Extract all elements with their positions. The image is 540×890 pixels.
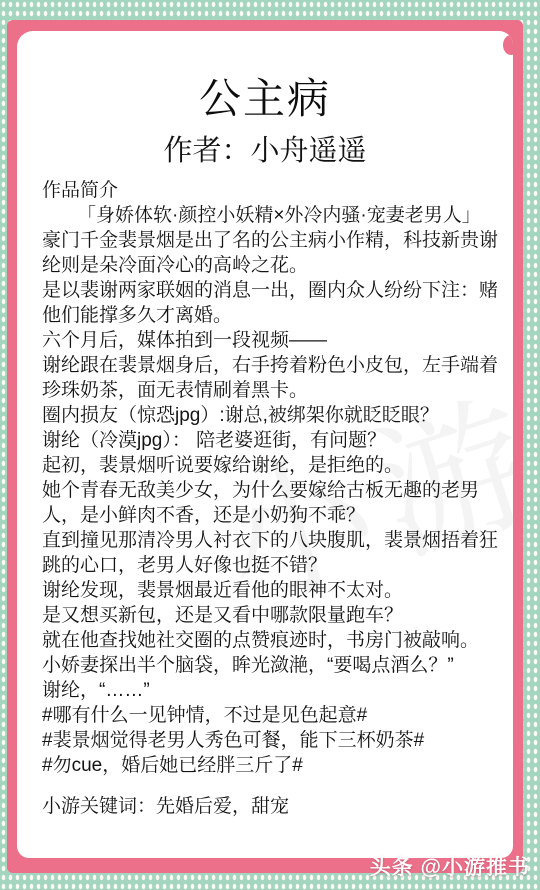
synopsis-paragraph: 谢纶，“……”: [42, 678, 505, 703]
synopsis-heading: 作品简介: [42, 178, 505, 203]
synopsis-paragraph: 谢纶跟在裴景烟身后，右手挎着粉色小皮包，左手端着珍珠奶茶，面无表情刷着黑卡。: [42, 353, 505, 403]
synopsis-paragraph: 就在他查找她社交圈的点赞痕迹时，书房门被敲响。: [42, 628, 505, 653]
synopsis-block: 作品简介 「身娇体软·颜控小妖精×外冷内骚·宠妻老男人」豪门千金裴景烟是出了名的…: [42, 178, 505, 778]
synopsis-paragraph: 她个青春无敌美少女，为什么要嫁给古板无趣的老男人，是小鲜肉不香，还是小奶狗不乖？: [42, 478, 505, 528]
card-corner-notch: [503, 35, 513, 55]
synopsis-paragraph: #哪有什么一见钟情，不过是见色起意#: [42, 703, 505, 728]
synopsis-paragraph: 圈内损友（惊恐jpg）:谢总,被绑架你就眨眨眼？: [42, 403, 505, 428]
book-recommendation-image: { "card": { "title": "公主病", "author_line…: [0, 0, 540, 890]
toutiao-watermark: 头条 @小游推书: [370, 851, 530, 881]
synopsis-paragraph: 是以裴谢两家联姻的消息一出，圈内众人纷纷下注：赌他们能撑多久才离婚。: [42, 278, 505, 328]
synopsis-paragraph: 直到撞见那清冷男人衬衣下的八块腹肌，裴景烟捂着狂跳的心口，老男人好像也挺不错？: [42, 528, 505, 578]
synopsis-paragraph: 豪门千金裴景烟是出了名的公主病小作精，科技新贵谢纶则是朵冷面冷心的高岭之花。: [42, 228, 505, 278]
content-card: 小游推书 公主病 作者：小舟遥遥 作品简介 「身娇体软·颜控小妖精×外冷内骚·宠…: [17, 31, 513, 858]
synopsis-paragraph: 是又想买新包，还是又看中哪款限量跑车？: [42, 603, 505, 628]
synopsis-paragraph: 谢纶发现，裴景烟最近看他的眼神不太对。: [42, 578, 505, 603]
synopsis-paragraph: #裴景烟觉得老男人秀色可餐，能下三杯奶茶#: [42, 728, 505, 753]
synopsis-paragraph: 起初，裴景烟听说要嫁给谢纶，是拒绝的。: [42, 453, 505, 478]
synopsis-paragraph: 六个月后，媒体拍到一段视频——: [42, 328, 505, 353]
synopsis-paragraph: 「身娇体软·颜控小妖精×外冷内骚·宠妻老男人」: [42, 203, 505, 228]
keywords-line: 小游关键词：先婚后爱，甜宠: [42, 794, 505, 819]
synopsis-paragraph: 小娇妻探出半个脑袋，眸光潋滟，“要喝点酒么？”: [42, 653, 505, 678]
synopsis-paragraph: #勿cue，婚后她已经胖三斤了#: [42, 753, 505, 778]
synopsis-paragraph: 谢纶（冷漠jpg）： 陪老婆逛街，有问题？: [42, 428, 505, 453]
book-author: 作者：小舟遥遥: [17, 133, 513, 169]
book-title: 公主病: [17, 75, 513, 123]
